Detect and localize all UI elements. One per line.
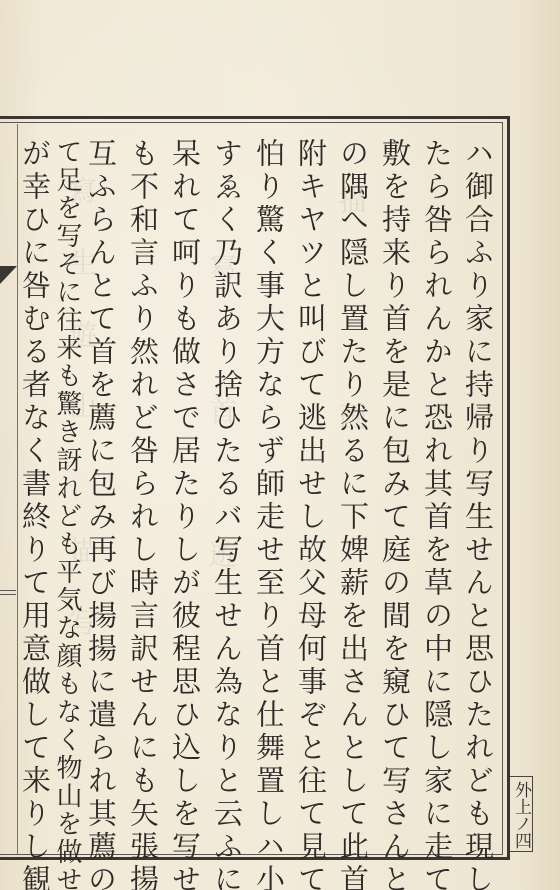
margin-tick	[0, 590, 16, 591]
text-column-6: 怕り驚く事大方ならず師走せ至り首と仕舞置しハ小子に	[252, 138, 286, 850]
text-column-11: て足を写そに往来も驚き訝れども平気な顔もなく物山を做せし	[50, 138, 84, 850]
text-column-12: が幸ひに咎むる者なく書終りて用意做して来りし観音経に	[18, 138, 52, 850]
text-column-10: 互ふらんとて首を薦に包み再び揚揚に遣られ其薦の上に	[84, 138, 118, 850]
text-column-4: の隅へ隠し置たり然るに下婢薪を出さんとして此首を見	[336, 138, 370, 850]
text-column-1: ハ御合ふり家に持帰り写生せんと思ひたれども現して提	[461, 138, 495, 850]
text-column-9: も不和言ふり然れど咎られし時言訳せんにも矢張揚揚が	[126, 138, 160, 850]
text-column-8: 呆れて呵りも做さで居たりしが彼程思ひ込しを写せざる	[168, 138, 202, 850]
page-number-label: 外上ノ四	[510, 776, 533, 852]
margin-tick	[0, 594, 16, 595]
text-column-3: 敷を持来り首を是に包みて庭の間を窺ひて写さんと物置	[378, 138, 412, 850]
text-column-7: すゑく乃訳あり捨ひたるバ写生せん為なりと云ふに余く	[210, 138, 244, 850]
text-column-2: たら咎られんかと恐れ其首を草の中に隠し家に走て風呂	[420, 138, 454, 850]
text-column-5: 附キヤツと叫びて逃出せし故父母何事ぞと往て見て因く	[294, 138, 328, 850]
fishtail-mark	[0, 266, 17, 284]
